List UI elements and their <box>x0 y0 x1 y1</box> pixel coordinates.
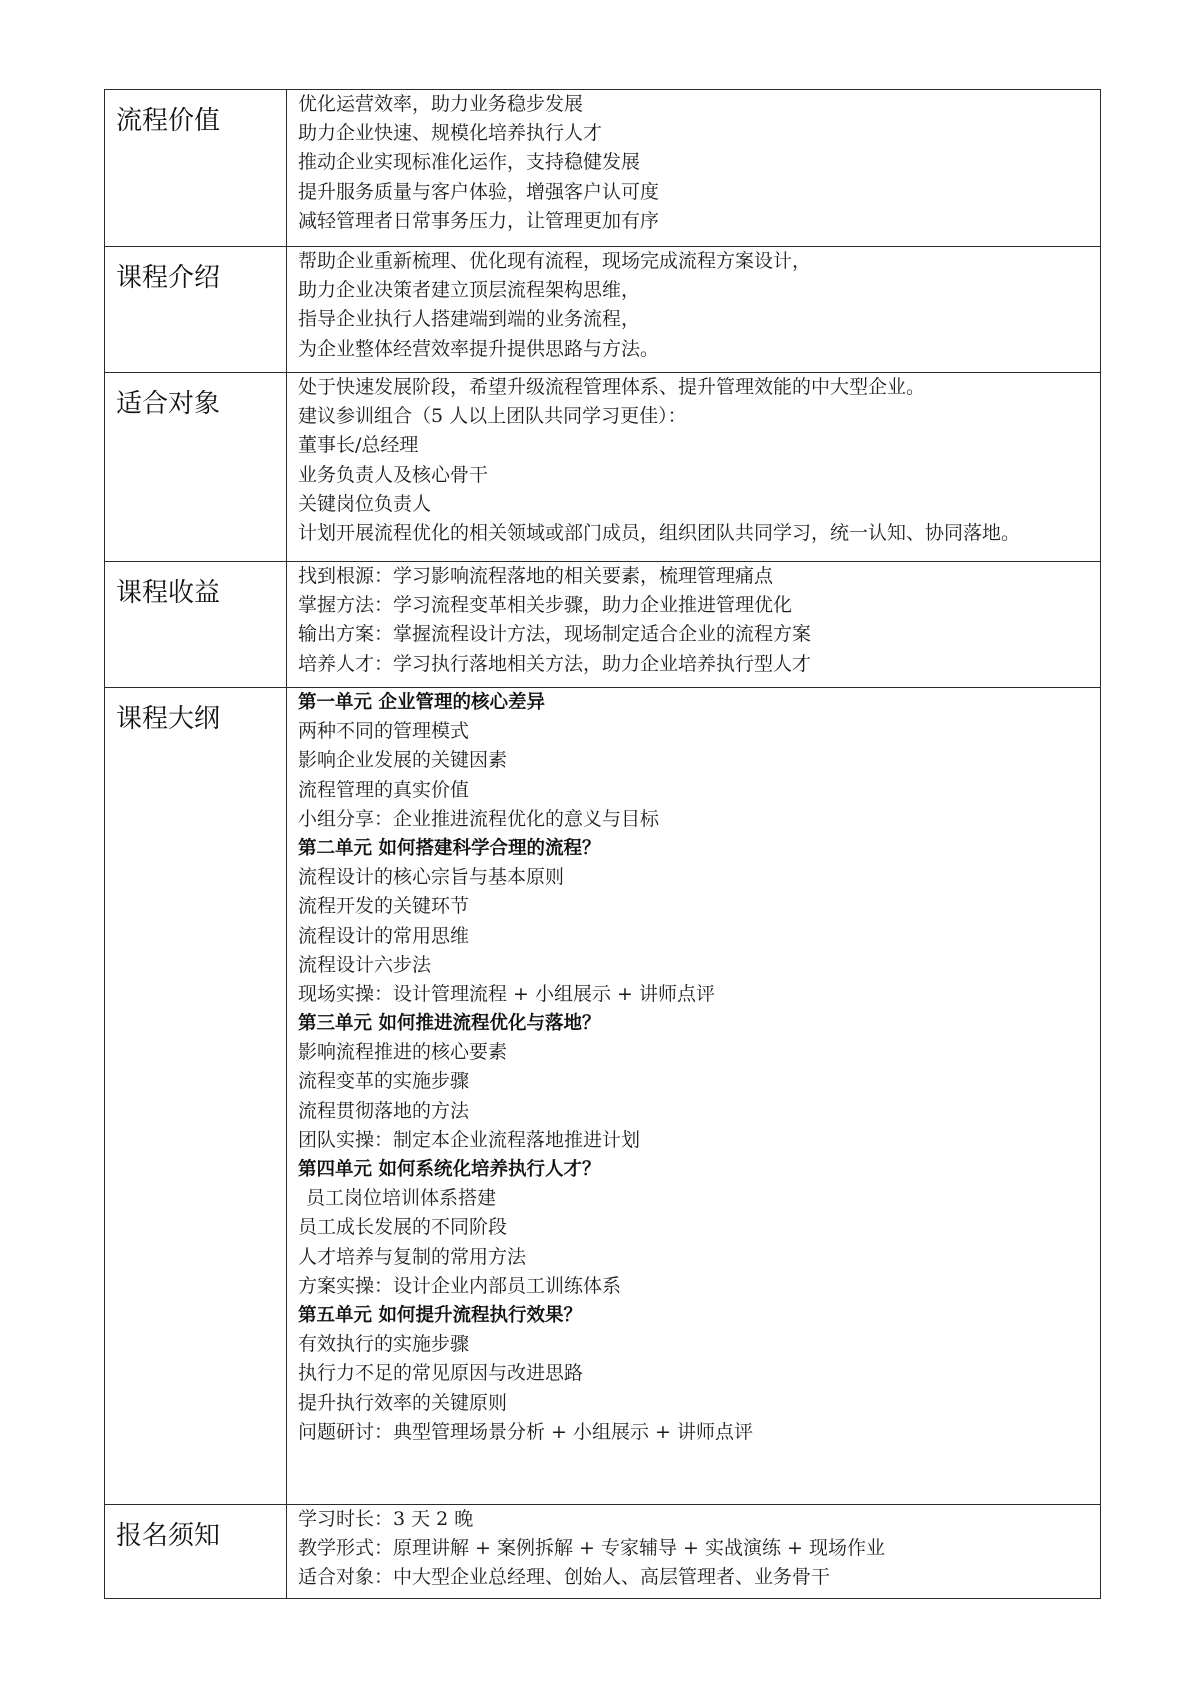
list-item: 流程设计的常用思维 <box>298 922 1100 951</box>
list-item: 两种不同的管理模式 <box>298 717 1100 746</box>
list-item: 指导企业执行人搭建端到端的业务流程， <box>298 305 1100 334</box>
section-label-value: 流程价值 <box>105 90 286 138</box>
list-item: 助力企业决策者建立顶层流程架构思维， <box>298 276 1100 305</box>
section-label-signup: 报名须知 <box>105 1505 286 1553</box>
table-row-intro: 课程介绍 帮助企业重新梳理、优化现有流程，现场完成流程方案设计， 助力企业决策者… <box>105 247 1101 373</box>
list-item: 找到根源：学习影响流程落地的相关要素，梳理管理痛点 <box>298 562 1100 591</box>
label-cell: 适合对象 <box>105 373 287 562</box>
unit-heading: 第四单元 如何系统化培养执行人才？ <box>298 1155 1100 1184</box>
content-cell: 帮助企业重新梳理、优化现有流程，现场完成流程方案设计， 助力企业决策者建立顶层流… <box>287 247 1101 373</box>
list-item: 有效执行的实施步骤 <box>298 1330 1100 1359</box>
table-row-signup: 报名须知 学习时长：3 天 2 晚 教学形式：原理讲解 + 案例拆解 + 专家辅… <box>105 1505 1101 1599</box>
unit-heading: 第三单元 如何推进流程优化与落地？ <box>298 1009 1100 1038</box>
list-item: 推动企业实现标准化运作，支持稳健发展 <box>298 148 1100 177</box>
intro-list: 帮助企业重新梳理、优化现有流程，现场完成流程方案设计， 助力企业决策者建立顶层流… <box>287 247 1100 366</box>
unit-heading: 第一单元 企业管理的核心差异 <box>298 688 1100 717</box>
benefits-list: 找到根源：学习影响流程落地的相关要素，梳理管理痛点 掌握方法：学习流程变革相关步… <box>287 562 1100 681</box>
list-item: 小组分享：企业推进流程优化的意义与目标 <box>298 805 1100 834</box>
outline-list: 第一单元 企业管理的核心差异 两种不同的管理模式 影响企业发展的关键因素 流程管… <box>287 688 1100 1449</box>
list-item: 学习时长：3 天 2 晚 <box>298 1505 1100 1534</box>
signup-list: 学习时长：3 天 2 晚 教学形式：原理讲解 + 案例拆解 + 专家辅导 + 实… <box>287 1505 1100 1595</box>
list-item: 团队实操：制定本企业流程落地推进计划 <box>298 1126 1100 1155</box>
label-cell: 课程大纲 <box>105 688 287 1505</box>
list-item: 影响流程推进的核心要素 <box>298 1038 1100 1067</box>
list-item: 现场实操：设计管理流程 + 小组展示 + 讲师点评 <box>298 980 1100 1009</box>
list-item: 为企业整体经营效率提升提供思路与方法。 <box>298 335 1100 364</box>
section-label-benefits: 课程收益 <box>105 562 286 610</box>
content-cell: 处于快速发展阶段，希望升级流程管理体系、提升管理效能的中大型企业。 建议参训组合… <box>287 373 1101 562</box>
list-item: 掌握方法：学习流程变革相关步骤，助力企业推进管理优化 <box>298 591 1100 620</box>
course-info-table: 流程价值 优化运营效率，助力业务稳步发展 助力企业快速、规模化培养执行人才 推动… <box>104 89 1101 1599</box>
label-cell: 课程介绍 <box>105 247 287 373</box>
list-item: 流程开发的关键环节 <box>298 892 1100 921</box>
list-item: 适合对象：中大型企业总经理、创始人、高层管理者、业务骨干 <box>298 1563 1100 1592</box>
list-item: 减轻管理者日常事务压力，让管理更加有序 <box>298 207 1100 236</box>
unit-heading: 第五单元 如何提升流程执行效果？ <box>298 1301 1100 1330</box>
section-label-audience: 适合对象 <box>105 373 286 421</box>
content-cell: 找到根源：学习影响流程落地的相关要素，梳理管理痛点 掌握方法：学习流程变革相关步… <box>287 562 1101 688</box>
list-item: 助力企业快速、规模化培养执行人才 <box>298 119 1100 148</box>
value-list: 优化运营效率，助力业务稳步发展 助力企业快速、规模化培养执行人才 推动企业实现标… <box>287 90 1100 238</box>
list-item: 流程设计的核心宗旨与基本原则 <box>298 863 1100 892</box>
unit-heading: 第二单元 如何搭建科学合理的流程？ <box>298 834 1100 863</box>
list-item: 培养人才：学习执行落地相关方法，助力企业培养执行型人才 <box>298 650 1100 679</box>
list-item: 员工成长发展的不同阶段 <box>298 1213 1100 1242</box>
list-item: 流程贯彻落地的方法 <box>298 1097 1100 1126</box>
list-item: 流程管理的真实价值 <box>298 776 1100 805</box>
list-item: 执行力不足的常见原因与改进思路 <box>298 1359 1100 1388</box>
list-item: 影响企业发展的关键因素 <box>298 746 1100 775</box>
list-item: 提升执行效率的关键原则 <box>298 1389 1100 1418</box>
table-row-value: 流程价值 优化运营效率，助力业务稳步发展 助力企业快速、规模化培养执行人才 推动… <box>105 90 1101 247</box>
list-item: 流程设计六步法 <box>298 951 1100 980</box>
content-cell: 第一单元 企业管理的核心差异 两种不同的管理模式 影响企业发展的关键因素 流程管… <box>287 688 1101 1505</box>
list-item: 输出方案：掌握流程设计方法，现场制定适合企业的流程方案 <box>298 620 1100 649</box>
label-cell: 流程价值 <box>105 90 287 247</box>
list-item: 关键岗位负责人 <box>298 490 1100 519</box>
label-cell: 报名须知 <box>105 1505 287 1599</box>
list-item: 员工岗位培训体系搭建 <box>298 1184 1100 1213</box>
list-item: 建议参训组合（5 人以上团队共同学习更佳）： <box>298 402 1100 431</box>
table-row-benefits: 课程收益 找到根源：学习影响流程落地的相关要素，梳理管理痛点 掌握方法：学习流程… <box>105 562 1101 688</box>
section-label-intro: 课程介绍 <box>105 247 286 295</box>
list-item: 帮助企业重新梳理、优化现有流程，现场完成流程方案设计， <box>298 247 1100 276</box>
list-item: 人才培养与复制的常用方法 <box>298 1243 1100 1272</box>
list-item: 处于快速发展阶段，希望升级流程管理体系、提升管理效能的中大型企业。 <box>298 373 1100 402</box>
label-cell: 课程收益 <box>105 562 287 688</box>
list-item: 问题研讨：典型管理场景分析 + 小组展示 + 讲师点评 <box>298 1418 1100 1447</box>
list-item: 业务负责人及核心骨干 <box>298 461 1100 490</box>
content-cell: 优化运营效率，助力业务稳步发展 助力企业快速、规模化培养执行人才 推动企业实现标… <box>287 90 1101 247</box>
table-row-audience: 适合对象 处于快速发展阶段，希望升级流程管理体系、提升管理效能的中大型企业。 建… <box>105 373 1101 562</box>
list-item: 方案实操：设计企业内部员工训练体系 <box>298 1272 1100 1301</box>
table-row-outline: 课程大纲 第一单元 企业管理的核心差异 两种不同的管理模式 影响企业发展的关键因… <box>105 688 1101 1505</box>
content-cell: 学习时长：3 天 2 晚 教学形式：原理讲解 + 案例拆解 + 专家辅导 + 实… <box>287 1505 1101 1599</box>
list-item: 提升服务质量与客户体验，增强客户认可度 <box>298 178 1100 207</box>
section-label-outline: 课程大纲 <box>105 688 286 736</box>
list-item: 教学形式：原理讲解 + 案例拆解 + 专家辅导 + 实战演练 + 现场作业 <box>298 1534 1100 1563</box>
list-item: 优化运营效率，助力业务稳步发展 <box>298 90 1100 119</box>
list-item: 计划开展流程优化的相关领域或部门成员，组织团队共同学习，统一认知、协同落地。 <box>298 519 1100 548</box>
audience-list: 处于快速发展阶段，希望升级流程管理体系、提升管理效能的中大型企业。 建议参训组合… <box>287 373 1100 550</box>
list-item: 流程变革的实施步骤 <box>298 1067 1100 1096</box>
list-item: 董事长/总经理 <box>298 431 1100 460</box>
